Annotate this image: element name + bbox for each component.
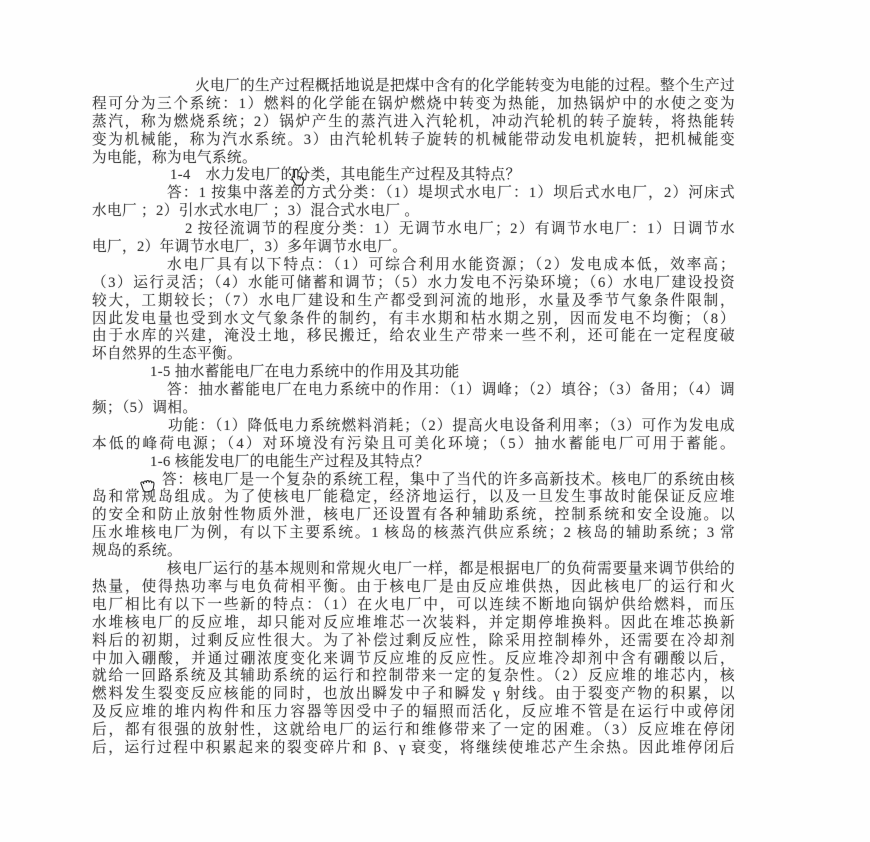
text-line: 岛和常规岛组成。为了使核电厂能稳定，经济地运行，以及一旦发生事故时能保证反应堆: [92, 489, 735, 507]
text-line: 水电厂 ；2）引水式水电厂 ；3）混合式水电厂 。: [92, 203, 735, 221]
text-line: 1-4 水力发电厂的分类，其电能生产过程及其特点？: [92, 167, 735, 185]
text-line: 就给一回路系统及其辅助系统的运行和控制带来一定的复杂性。（2）反应堆的堆芯内，核: [92, 668, 735, 686]
text-line: 水堆核电厂的反应堆，却只能对反应堆堆芯一次装料，并定期停堆换料。因此在堆芯换新: [92, 615, 735, 633]
text-line: （3）运行灵活；（4）水能可储蓄和调节；（5）水力发电不污染环境；（6）水电厂建…: [92, 275, 735, 293]
text-line: 后，运行过程中积累起来的裂变碎片和 β、γ 衰变，将继续使堆芯产生余热。因此堆停…: [92, 740, 735, 758]
text-line: 较大，工期较长；（7）水电厂建设和生产都受到河流的地形，水量及季节气象条件限制，: [92, 293, 735, 311]
document-text-block: 火电厂的生产过程概括地说是把煤中含有的化学能转变为电能的过程。整个生产过程可分为…: [92, 78, 735, 758]
text-line: 功能：（1）降低电力系统燃料消耗；（2）提高火电设备利用率；（3）可作为发电成: [92, 418, 735, 436]
text-line: 料后的初期，过剩反应性很大。为了补偿过剩反应性，除采用控制棒外，还需要在冷却剂: [92, 633, 735, 651]
scanned-document-page: 火电厂的生产过程概括地说是把煤中含有的化学能转变为电能的过程。整个生产过程可分为…: [0, 0, 870, 842]
text-line: 1-6 核能发电厂的电能生产过程及其特点？: [92, 454, 735, 472]
text-line: 核电厂运行的基本规则和常规火电厂一样，都是根据电厂的负荷需要量来调节供给的: [92, 561, 735, 579]
text-line: 后，都有很强的放射性，这就给电厂的运行和维修带来了一定的困难。（3）反应堆在停闭: [92, 722, 735, 740]
text-line: 压水堆核电厂为例，有以下主要系统。1 核岛的核蒸汽供应系统；2 核岛的辅助系统；…: [92, 525, 735, 543]
text-line: 电厂相比有以下一些新的特点：（1）在火电厂中，可以连续不断地向锅炉供给燃料，而压: [92, 597, 735, 615]
text-line: 燃料发生裂变反应核能的同时，也放出瞬发中子和瞬发 γ 射线。由于裂变产物的积累，…: [92, 686, 735, 704]
text-line: 本低的峰荷电源；（4）对环境没有污染且可美化环境；（5）抽水蓄能电厂可用于蓄能。: [92, 436, 735, 454]
text-line: 答：1 按集中落差的方式分类：（1）堤坝式水电厂：1）坝后式水电厂，2）河床式: [92, 185, 735, 203]
text-line: 答：核电厂是一个复杂的系统工程，集中了当代的许多高新技术。核电厂的系统由核: [92, 472, 735, 490]
text-line: 由于水库的兴建，淹没土地，移民搬迁，给农业生产带来一些不利，还可能在一定程度破: [92, 328, 735, 346]
text-line: 坏自然界的生态平衡。: [92, 346, 735, 364]
text-line: 及反应堆的堆内构件和压力容器等因受中子的辐照而活化，反应堆不管是在运行中或停闭: [92, 704, 735, 722]
text-line: 规岛的系统。: [92, 543, 735, 561]
text-line: 变为机械能，称为汽水系统。3）由汽轮机转子旋转的机械能带动发电机旋转，把机械能变: [92, 132, 735, 150]
text-line: 为电能，称为电气系统。: [92, 150, 735, 168]
text-line: 水电厂具有以下特点：（1）可综合利用水能资源；（2）发电成本低，效率高；: [92, 257, 735, 275]
text-line: 热量，使得热功率与电负荷相平衡。由于核电厂是由反应堆供热，因此核电厂的运行和火: [92, 579, 735, 597]
text-line: 中加入硼酸，并通过硼浓度变化来调节反应堆的反应性。反应堆冷却剂中含有硼酸以后，: [92, 651, 735, 669]
text-line: 频；（5）调相。: [92, 400, 735, 418]
text-line: 程可分为三个系统：1）燃料的化学能在锅炉燃烧中转变为热能，加热锅炉中的水使之变为: [92, 96, 735, 114]
text-line: 1-5 抽水蓄能电厂在电力系统中的作用及其功能: [92, 364, 735, 382]
text-line: 的安全和防止放射性物质外泄，核电厂还设置有各种辅助系统，控制系统和安全设施。以: [92, 507, 735, 525]
text-line: 因此发电量也受到水文气象条件的制约，有丰水期和枯水期之别，因而发电不均衡；（8）: [92, 311, 735, 329]
text-line: 蒸汽，称为燃烧系统；2）锅炉产生的蒸汽进入汽轮机，冲动汽轮机的转子旋转，将热能转: [92, 114, 735, 132]
text-line: 答：抽水蓄能电厂在电力系统中的作用：（1）调峰；（2）填谷；（3）备用；（4）调: [92, 382, 735, 400]
text-line: 电厂，2）年调节水电厂，3）多年调节水电厂。: [92, 239, 735, 257]
text-line: 火电厂的生产过程概括地说是把煤中含有的化学能转变为电能的过程。整个生产过: [92, 78, 735, 96]
text-line: 2 按径流调节的程度分类：1）无调节水电厂；2）有调节水电厂：1）日调节水: [92, 221, 735, 239]
